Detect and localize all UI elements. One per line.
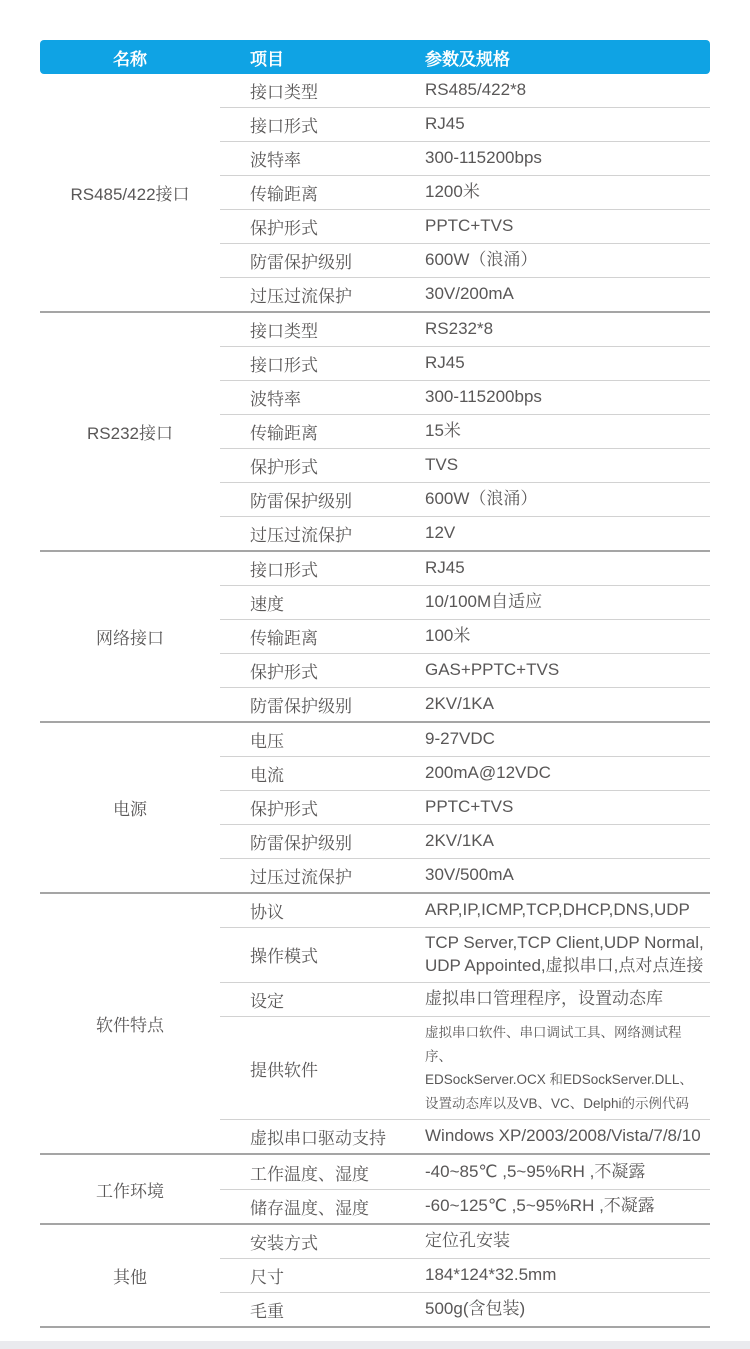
footer-band xyxy=(0,1341,750,1349)
row-value: 15米 xyxy=(425,420,710,443)
group-rows: 工作温度、湿度 -40~85℃ ,5~95%RH ,不凝露 储存温度、湿度 -6… xyxy=(220,1155,710,1223)
table-row: 防雷保护级别 600W（浪涌） xyxy=(220,243,710,277)
row-label: 安装方式 xyxy=(220,1229,425,1254)
group-rows: 安装方式 定位孔安装 尺寸 184*124*32.5mm 毛重 500g(含包装… xyxy=(220,1225,710,1326)
table-row: 波特率 300-115200bps xyxy=(220,380,710,414)
table-row: 保护形式 GAS+PPTC+TVS xyxy=(220,653,710,687)
group-name: RS232接口 xyxy=(40,313,220,550)
row-label: 传输距离 xyxy=(220,180,425,205)
table-row: 工作温度、湿度 -40~85℃ ,5~95%RH ,不凝露 xyxy=(220,1155,710,1189)
group-name: RS485/422接口 xyxy=(40,74,220,311)
row-value: ARP,IP,ICMP,TCP,DHCP,DNS,UDP xyxy=(425,899,710,922)
table-row: 毛重 500g(含包装) xyxy=(220,1292,710,1326)
row-value: 300-115200bps xyxy=(425,386,710,409)
group-rows: 协议 ARP,IP,ICMP,TCP,DHCP,DNS,UDP 操作模式 TCP… xyxy=(220,894,710,1153)
header-col-name: 名称 xyxy=(40,45,220,70)
table-row: 防雷保护级别 2KV/1KA xyxy=(220,687,710,721)
row-label: 工作温度、湿度 xyxy=(220,1160,425,1185)
table-row: 设定 虚拟串口管理程序，设置动态库 xyxy=(220,982,710,1016)
row-label: 波特率 xyxy=(220,146,425,171)
row-value: RS485/422*8 xyxy=(425,79,710,102)
row-value: -40~85℃ ,5~95%RH ,不凝露 xyxy=(425,1161,710,1184)
row-label: 电压 xyxy=(220,727,425,752)
table-row: 储存温度、湿度 -60~125℃ ,5~95%RH ,不凝露 xyxy=(220,1189,710,1223)
table-row: 安装方式 定位孔安装 xyxy=(220,1225,710,1258)
spec-group: RS485/422接口 接口类型 RS485/422*8 接口形式 RJ45 波… xyxy=(40,74,710,313)
row-value: PPTC+TVS xyxy=(425,215,710,238)
row-value: PPTC+TVS xyxy=(425,796,710,819)
row-value: 600W（浪涌） xyxy=(425,249,710,272)
table-row: 保护形式 PPTC+TVS xyxy=(220,790,710,824)
row-label: 接口形式 xyxy=(220,351,425,376)
row-value: GAS+PPTC+TVS xyxy=(425,659,710,682)
spec-group: RS232接口 接口类型 RS232*8 接口形式 RJ45 波特率 300-1… xyxy=(40,313,710,552)
table-row: 过压过流保护 30V/500mA xyxy=(220,858,710,892)
table-row: 过压过流保护 30V/200mA xyxy=(220,277,710,311)
row-label: 尺寸 xyxy=(220,1263,425,1288)
header-col-item: 项目 xyxy=(220,45,425,70)
table-row: 尺寸 184*124*32.5mm xyxy=(220,1258,710,1292)
table-row: 电流 200mA@12VDC xyxy=(220,756,710,790)
row-label: 防雷保护级别 xyxy=(220,487,425,512)
group-rows: 接口形式 RJ45 速度 10/100M自适应 传输距离 100米 保护形式 G… xyxy=(220,552,710,721)
table-row: 传输距离 100米 xyxy=(220,619,710,653)
table-row: 接口形式 RJ45 xyxy=(220,552,710,585)
row-label: 提供软件 xyxy=(220,1056,425,1081)
row-value: 300-115200bps xyxy=(425,147,710,170)
row-value: 9-27VDC xyxy=(425,728,710,751)
table-row: 虚拟串口驱动支持 Windows XP/2003/2008/Vista/7/8/… xyxy=(220,1119,710,1153)
row-label: 过压过流保护 xyxy=(220,521,425,546)
row-label: 设定 xyxy=(220,987,425,1012)
row-value: Windows XP/2003/2008/Vista/7/8/10 xyxy=(425,1125,710,1148)
row-value: RJ45 xyxy=(425,557,710,580)
table-row: 接口形式 RJ45 xyxy=(220,107,710,141)
row-label: 接口形式 xyxy=(220,112,425,137)
group-name: 网络接口 xyxy=(40,552,220,721)
table-row: 接口类型 RS232*8 xyxy=(220,313,710,346)
row-label: 接口类型 xyxy=(220,78,425,103)
spec-group: 软件特点 协议 ARP,IP,ICMP,TCP,DHCP,DNS,UDP 操作模… xyxy=(40,894,710,1155)
row-value: 200mA@12VDC xyxy=(425,762,710,785)
table-row: 传输距离 15米 xyxy=(220,414,710,448)
row-value: RS232*8 xyxy=(425,318,710,341)
table-row: 电压 9-27VDC xyxy=(220,723,710,756)
row-value: RJ45 xyxy=(425,352,710,375)
row-label: 保护形式 xyxy=(220,658,425,683)
row-value: 12V xyxy=(425,522,710,545)
row-label: 接口形式 xyxy=(220,556,425,581)
table-row: 波特率 300-115200bps xyxy=(220,141,710,175)
row-label: 保护形式 xyxy=(220,214,425,239)
spec-group: 其他 安装方式 定位孔安装 尺寸 184*124*32.5mm 毛重 500g(… xyxy=(40,1225,710,1328)
row-value: 1200米 xyxy=(425,181,710,204)
row-value: 30V/500mA xyxy=(425,864,710,887)
table-row: 保护形式 TVS xyxy=(220,448,710,482)
row-value: 虚拟串口软件、串口调试工具、网络测试程序、 EDSockServer.OCX 和… xyxy=(425,1021,710,1116)
row-label: 传输距离 xyxy=(220,624,425,649)
header-col-spec: 参数及规格 xyxy=(425,45,710,70)
group-name: 软件特点 xyxy=(40,894,220,1153)
row-value: 100米 xyxy=(425,625,710,648)
group-rows: 电压 9-27VDC 电流 200mA@12VDC 保护形式 PPTC+TVS … xyxy=(220,723,710,892)
table-row: 接口类型 RS485/422*8 xyxy=(220,74,710,107)
row-label: 操作模式 xyxy=(220,942,425,967)
group-name: 其他 xyxy=(40,1225,220,1326)
group-name: 电源 xyxy=(40,723,220,892)
row-value: TCP Server,TCP Client,UDP Normal, UDP Ap… xyxy=(425,932,710,978)
spec-group: 工作环境 工作温度、湿度 -40~85℃ ,5~95%RH ,不凝露 储存温度、… xyxy=(40,1155,710,1225)
row-label: 过压过流保护 xyxy=(220,282,425,307)
row-label: 传输距离 xyxy=(220,419,425,444)
row-label: 过压过流保护 xyxy=(220,863,425,888)
row-label: 储存温度、湿度 xyxy=(220,1194,425,1219)
table-row: 过压过流保护 12V xyxy=(220,516,710,550)
group-name: 工作环境 xyxy=(40,1155,220,1223)
spec-group: 网络接口 接口形式 RJ45 速度 10/100M自适应 传输距离 100米 保… xyxy=(40,552,710,723)
row-value: -60~125℃ ,5~95%RH ,不凝露 xyxy=(425,1195,710,1218)
row-value: 184*124*32.5mm xyxy=(425,1264,710,1287)
table-row: 速度 10/100M自适应 xyxy=(220,585,710,619)
row-value: 2KV/1KA xyxy=(425,830,710,853)
table-row: 协议 ARP,IP,ICMP,TCP,DHCP,DNS,UDP xyxy=(220,894,710,927)
spec-table: 名称 项目 参数及规格 RS485/422接口 接口类型 RS485/422*8… xyxy=(40,40,710,1328)
group-rows: 接口类型 RS485/422*8 接口形式 RJ45 波特率 300-11520… xyxy=(220,74,710,311)
row-label: 接口类型 xyxy=(220,317,425,342)
row-label: 防雷保护级别 xyxy=(220,248,425,273)
row-value: 定位孔安装 xyxy=(425,1230,710,1253)
table-header: 名称 项目 参数及规格 xyxy=(40,40,710,74)
row-label: 速度 xyxy=(220,590,425,615)
row-label: 保护形式 xyxy=(220,795,425,820)
table-row: 提供软件 虚拟串口软件、串口调试工具、网络测试程序、 EDSockServer.… xyxy=(220,1016,710,1120)
table-row: 防雷保护级别 600W（浪涌） xyxy=(220,482,710,516)
spec-group: 电源 电压 9-27VDC 电流 200mA@12VDC 保护形式 PPTC+T… xyxy=(40,723,710,894)
row-label: 电流 xyxy=(220,761,425,786)
table-row: 操作模式 TCP Server,TCP Client,UDP Normal, U… xyxy=(220,927,710,982)
row-value: RJ45 xyxy=(425,113,710,136)
row-label: 波特率 xyxy=(220,385,425,410)
row-label: 防雷保护级别 xyxy=(220,829,425,854)
row-label: 毛重 xyxy=(220,1297,425,1322)
table-body: RS485/422接口 接口类型 RS485/422*8 接口形式 RJ45 波… xyxy=(40,74,710,1328)
table-row: 接口形式 RJ45 xyxy=(220,346,710,380)
table-row: 传输距离 1200米 xyxy=(220,175,710,209)
table-row: 防雷保护级别 2KV/1KA xyxy=(220,824,710,858)
table-row: 保护形式 PPTC+TVS xyxy=(220,209,710,243)
row-value: 2KV/1KA xyxy=(425,693,710,716)
row-value: 500g(含包装) xyxy=(425,1298,710,1321)
row-label: 保护形式 xyxy=(220,453,425,478)
row-label: 协议 xyxy=(220,898,425,923)
row-label: 虚拟串口驱动支持 xyxy=(220,1124,425,1149)
row-value: 600W（浪涌） xyxy=(425,488,710,511)
group-rows: 接口类型 RS232*8 接口形式 RJ45 波特率 300-115200bps… xyxy=(220,313,710,550)
row-value: 虚拟串口管理程序，设置动态库 xyxy=(425,988,710,1011)
row-value: 30V/200mA xyxy=(425,283,710,306)
row-value: TVS xyxy=(425,454,710,477)
row-value: 10/100M自适应 xyxy=(425,591,710,614)
row-label: 防雷保护级别 xyxy=(220,692,425,717)
